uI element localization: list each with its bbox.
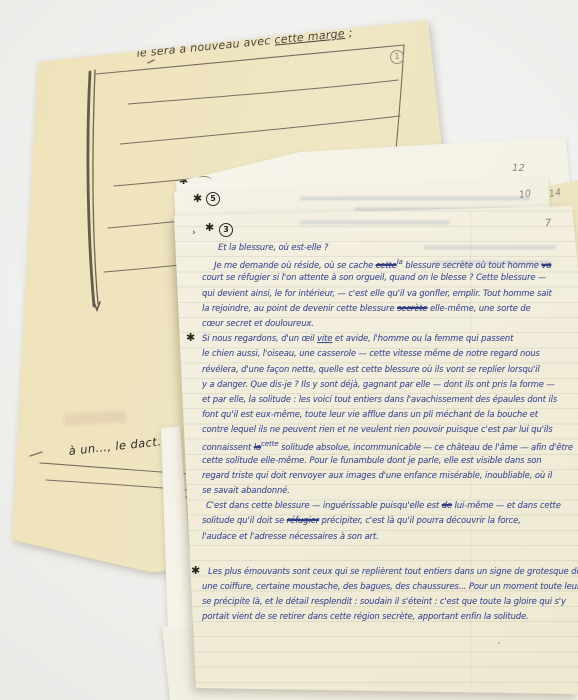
margin-asterisk-icon: ✱ — [186, 333, 195, 343]
manuscript-line: révélera, d'une façon nette, quelle est … — [202, 362, 564, 377]
manuscript-text-segment: la rejoindre, au point de devenir cette … — [202, 303, 397, 313]
manuscript-line: y a danger. Que dis-je ? Ils y sont déjà… — [202, 377, 564, 392]
manuscript-line: cette solitude elle-même. Pour le funamb… — [202, 453, 564, 468]
manuscript-text-segment: qui devient ainsi, le for intérieur, — c… — [202, 288, 552, 298]
manuscript-line: regard triste qui doit renvoyer aux imag… — [202, 468, 564, 483]
manuscript-text-segment: solitude qu'il doit se — [202, 515, 287, 525]
manuscript-text-segment: lui-même — et dans cette — [452, 500, 561, 510]
manuscript-text-segment: se savait abandonné. — [202, 485, 290, 495]
manuscript-strike-segment: cette — [376, 260, 397, 270]
manuscript-text-segment: se précipite là, et le détail resplendit… — [202, 596, 566, 606]
manuscript-text-segment: court se réfugier si l'on attente à son … — [202, 272, 546, 282]
manuscript-text-segment: portait vient de se retirer dans cette r… — [202, 611, 529, 621]
manuscript-text-segment: précipiter, c'est là qu'il pourra découv… — [319, 515, 521, 525]
manuscript-line: Si nous regardons, d'un œil vite et avid… — [202, 331, 564, 346]
manuscript-line: une coiffure, certaine moustache, des ba… — [202, 579, 564, 594]
manuscript-line: contre lequel ils ne peuvent rien et ne … — [202, 422, 564, 437]
manuscript-text-block: Et la blessure, où est-elle ?Je me deman… — [202, 240, 564, 625]
manuscript-text-segment: Je me demande où réside, où se cache — [214, 260, 376, 270]
manuscript-line: se savait abandonné. — [202, 483, 564, 498]
manuscript-strike-segment: secrète — [397, 303, 427, 313]
manuscript-strike-segment: réfugier — [287, 515, 319, 525]
manuscript-line: font qu'il est eux-même, toute leur vie … — [202, 407, 564, 422]
manuscript-text-segment: contre lequel ils ne peuvent rien et ne … — [202, 424, 553, 434]
manuscript-text-segment: C'est dans cette blessure — inguérissabl… — [206, 500, 442, 510]
manuscript-strike-segment: la — [254, 442, 261, 452]
manuscript-text-segment: Et la blessure, où est-elle ? — [218, 242, 328, 252]
manuscript-strike-segment: de — [442, 500, 452, 510]
manuscript-line: Et la blessure, où est-elle ? — [218, 240, 564, 255]
manuscript-photo: Tout ce qui est déjà dactylographié le s… — [0, 0, 578, 700]
manuscript-line: court se réfugier si l'on attente à son … — [202, 270, 564, 285]
manuscript-line: Je me demande où réside, où se cache cet… — [214, 255, 564, 270]
manuscript-text-segment: connaissent — [202, 442, 254, 452]
manuscript-ul-segment: vite — [317, 333, 332, 343]
manuscript-line: qui devient ainsi, le for intérieur, — c… — [202, 286, 564, 301]
manuscript-text-segment: y a danger. Que dis-je ? Ils y sont déjà… — [202, 379, 555, 389]
manuscript-sup-segment: cette — [261, 440, 278, 448]
manuscript-text-segment: l'audace et l'adresse nécessaires à son … — [202, 531, 379, 541]
paragraph-gap — [202, 544, 564, 564]
manuscript-text-segment: et avide, l'homme ou la femme qui passen… — [332, 333, 513, 343]
manuscript-text-segment: elle-même, une sorte de — [427, 303, 530, 313]
margin-asterisk-icon: ✱ — [191, 566, 200, 576]
bleed-through-text — [300, 221, 450, 224]
manuscript-text-segment: font qu'il est eux-même, toute leur vie … — [202, 409, 538, 419]
front-page-number: 7 — [545, 218, 552, 229]
manuscript-text-segment: blessure secrète où tout homme — [403, 260, 542, 270]
manuscript-line: l'audace et l'adresse nécessaires à son … — [202, 529, 564, 544]
manuscript-strike-segment: va — [541, 260, 551, 270]
manuscript-line: solitude qu'il doit se réfugier précipit… — [202, 513, 564, 528]
manuscript-line: la rejoindre, au point de devenir cette … — [202, 301, 564, 316]
manuscript-text-segment: Si nous regardons, d'un œil — [202, 333, 317, 343]
manuscript-line: le chien aussi, l'oiseau, une casserole … — [202, 346, 564, 361]
front-page-wrapper: 7 › ✱ 3 ✱ ✱ Et la blessure, où est-elle … — [0, 0, 578, 700]
manuscript-text-segment: le chien aussi, l'oiseau, une casserole … — [202, 348, 540, 358]
front-page: 7 › ✱ 3 ✱ ✱ Et la blessure, où est-elle … — [0, 0, 578, 700]
manuscript-text-segment: regard triste qui doit renvoyer aux imag… — [202, 470, 552, 480]
manuscript-text-segment: cette solitude elle-même. Pour le funamb… — [202, 455, 542, 465]
manuscript-line: C'est dans cette blessure — inguérissabl… — [206, 498, 564, 513]
manuscript-text-segment: une coiffure, certaine moustache, des ba… — [202, 581, 578, 591]
manuscript-line: se précipite là, et le détail resplendit… — [202, 594, 564, 609]
manuscript-line: connaissent lacette solitude absolue, in… — [202, 437, 564, 452]
manuscript-line: portait vient de se retirer dans cette r… — [202, 609, 564, 624]
circled-3-mark: 3 — [219, 223, 233, 237]
manuscript-text-segment: et par elle, la solitude : les voici tou… — [202, 394, 557, 404]
chevron-mark-icon: › — [191, 228, 196, 238]
paper-speck — [498, 642, 500, 644]
manuscript-text-segment: solitude absolue, incommunicable — ce ch… — [278, 442, 572, 452]
manuscript-line: Les plus émouvants sont ceux qui se repl… — [208, 564, 564, 579]
manuscript-line: et par elle, la solitude : les voici tou… — [202, 392, 564, 407]
asterisk-mark-icon: ✱ — [205, 223, 214, 233]
manuscript-text-segment: révélera, d'une façon nette, quelle est … — [202, 364, 540, 374]
manuscript-line: cœur secret et douloureux. — [202, 316, 564, 331]
manuscript-text-segment: cœur secret et douloureux. — [202, 318, 314, 328]
manuscript-text-segment: Les plus émouvants sont ceux qui se repl… — [208, 566, 578, 576]
